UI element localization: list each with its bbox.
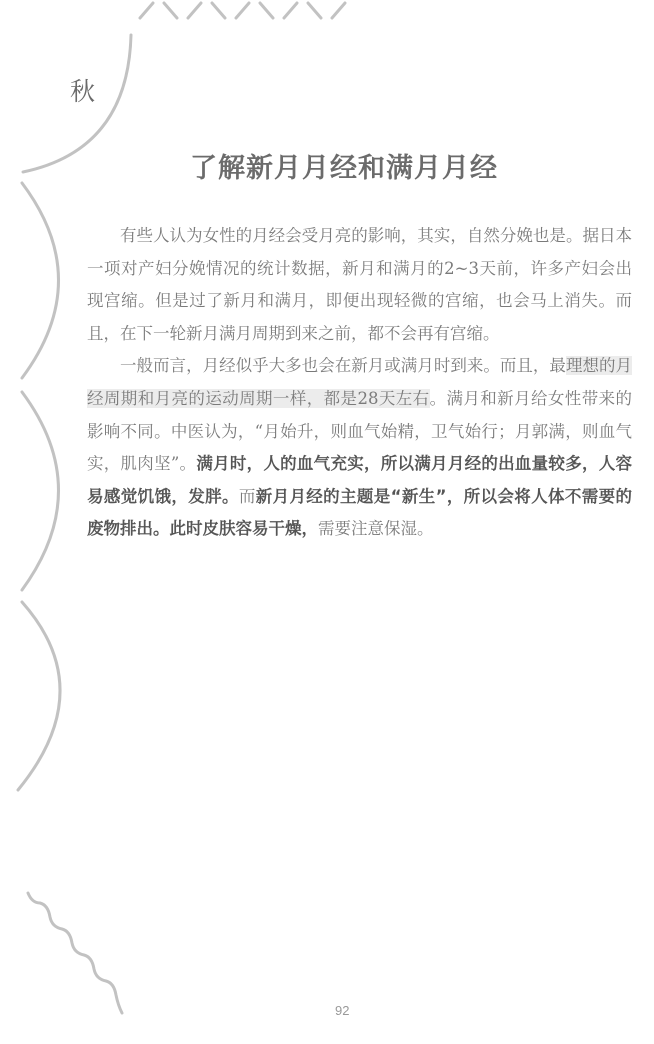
article-body: 有些人认为女性的月经会受月亮的影响，其实，自然分娩也是。据日本一项对产妇分娩情况… xyxy=(87,220,632,546)
page-number: 92 xyxy=(335,1003,349,1018)
arc-decoration xyxy=(22,392,59,590)
zigzag-decoration xyxy=(140,3,345,18)
page-title: 了解新月月经和满月月经 xyxy=(190,146,498,185)
text-segment: 一般而言，月经似乎大多也会在新月或满月时到来。而且，最 xyxy=(120,356,566,375)
text-segment: 而 xyxy=(239,487,256,506)
text-segment: 需要注意保湿。 xyxy=(318,519,434,538)
wave-decoration xyxy=(28,893,122,1013)
paragraph-2: 一般而言，月经似乎大多也会在新月或满月时到来。而且，最理想的月经周期和月亮的运动… xyxy=(87,350,632,546)
season-label: 秋 xyxy=(70,72,96,108)
arc-decoration xyxy=(18,602,60,790)
paragraph-1: 有些人认为女性的月经会受月亮的影响，其实，自然分娩也是。据日本一项对产妇分娩情况… xyxy=(87,220,632,350)
text-segment: 有些人认为女性的月经会受月亮的影响，其实，自然分娩也是。据日本一项对产妇分娩情况… xyxy=(87,226,632,343)
arc-decoration xyxy=(22,183,59,378)
